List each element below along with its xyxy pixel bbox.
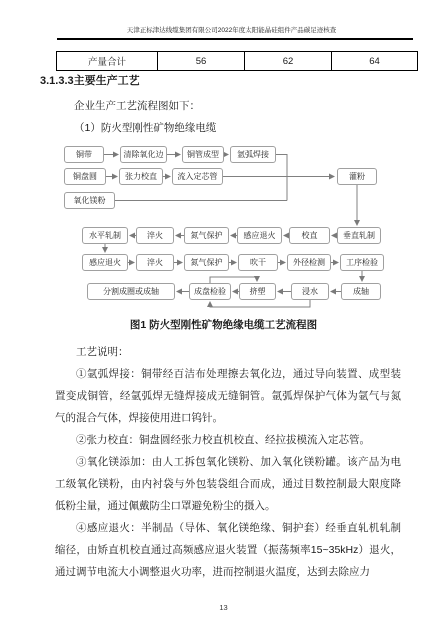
node-process-inspection: 工序检验 [340,254,384,271]
node-water-immersion: 浸水 [291,283,329,300]
node-nitrogen-protection-1: 氮气保护 [184,227,229,244]
row-label-cell: 产量合计 [57,52,158,71]
node-horizontal-rolling: 水平轧制 [82,227,128,244]
node-induction-annealing-2: 感应退火 [82,254,128,271]
node-core-positioning-tube: 流入定芯管 [172,168,223,185]
notes-title: 工艺说明： [55,341,401,363]
node-copper-rod-coil: 铜盘圆 [64,168,106,185]
note-paragraph-2: ②张力校直：铜盘圆经张力校直机校直、经拉拔模流入定芯管。 [55,429,401,451]
header-rule [57,38,413,40]
node-quenching-2: 淬火 [136,254,174,271]
node-magnesium-oxide-powder: 氧化镁粉 [64,192,115,209]
document-page: 天津正标津达线缆集团有限公司2022年度太阳能晶硅组件产品碳足迹核查 产量合计 … [0,0,447,638]
node-extrusion: 挤塑 [239,283,276,300]
node-remove-oxide-edge: 清除氧化边 [120,146,167,163]
process-notes: 工艺说明： ①氩弧焊接：铜带经百洁布处理擦去氧化边，通过导向装置、成型装置变成铜… [55,341,401,583]
node-vertical-rolling: 垂直轧制 [337,227,381,244]
subitem-text: （1）防火型刚性矿物绝缘电缆 [74,120,216,135]
node-straightening: 校直 [289,227,330,244]
value-cell-2: 62 [245,52,332,71]
process-flowchart: 铜带 清除氧化边 铜管成型 氩弧焊接 铜盘圆 张力校直 流入定芯管 灌粉 氧化镁… [0,140,447,315]
node-copper-strip: 铜带 [64,146,104,163]
node-tension-straightening: 张力校直 [119,168,163,185]
node-quenching-1: 淬火 [136,227,174,244]
page-header: 天津正标津达线缆集团有限公司2022年度太阳能晶硅组件产品碳足迹核查 [46,25,417,34]
note-paragraph-4: ④感应退火：半制品（导体、氧化镁绝缘、铜护套）经垂直轧机轧制缩径，由矫直机校直通… [55,517,401,583]
table-row: 产量合计 56 62 64 [57,52,418,71]
node-argon-arc-welding: 氩弧焊接 [230,146,276,163]
node-od-inspection: 外径检测 [287,254,331,271]
node-nitrogen-protection-2: 氮气保护 [184,254,229,271]
note-paragraph-3: ③氧化镁添加：由人工拆包氧化镁粉、加入氧化镁粉罐。该产品为电工级氧化镁粉，由内衬… [55,451,401,517]
node-cut-into-coil-or-reel: 分割成圈或成轴 [87,283,175,300]
node-powder-filling: 灌粉 [337,168,377,185]
value-cell-1: 56 [158,52,245,71]
node-reel-inspection: 成盘检验 [189,283,231,300]
value-cell-3: 64 [332,52,418,71]
node-reeling: 成轴 [341,283,381,300]
node-induction-annealing-1: 感应退火 [237,227,282,244]
production-total-table: 产量合计 56 62 64 [56,51,418,71]
note-paragraph-1: ①氩弧焊接：铜带经百洁布处理擦去氧化边，通过导向装置、成型装置变成铜管，经氩弧焊… [55,363,401,429]
intro-text: 企业生产工艺流程图如下： [74,98,200,113]
node-blow-drying: 吹干 [238,254,278,271]
figure-caption: 图1 防火型刚性矿物绝缘电缆工艺流程图 [0,317,447,332]
page-number: 13 [0,603,447,612]
node-tube-forming: 铜管成型 [182,146,224,163]
section-heading: 3.1.3.3主要生产工艺 [40,72,140,88]
